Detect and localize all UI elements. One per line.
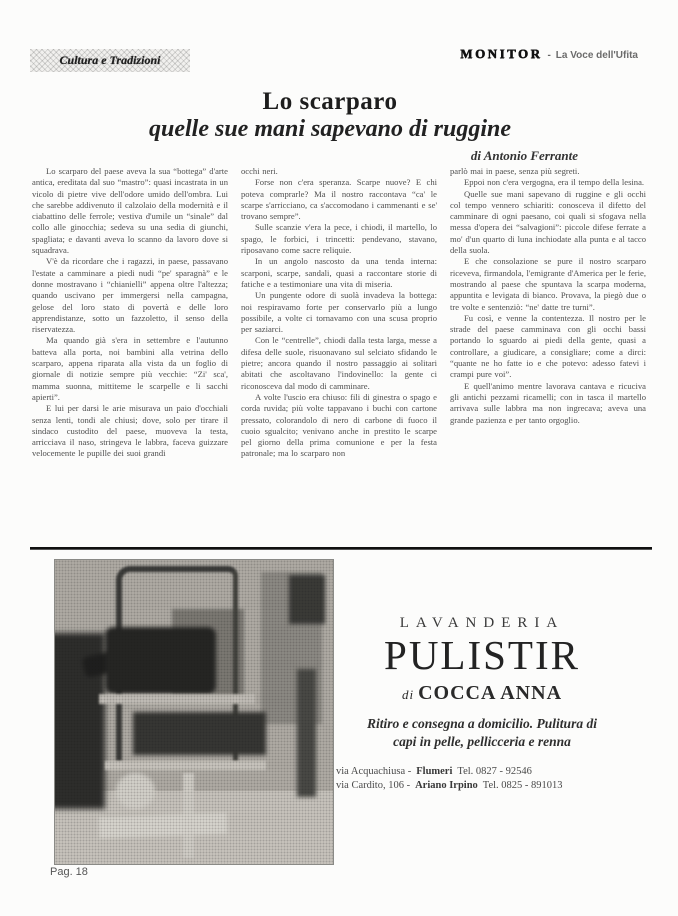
address-phone: Tel. 0827 - 92546 [457, 765, 532, 779]
article-byline: di Antonio Ferrante [471, 148, 578, 164]
advertisement: LAVANDERIA PULISTIR diCOCCA ANNA Ritiro … [332, 615, 632, 793]
paragraph: Un pungente odore di suolà invadeva la b… [241, 290, 437, 335]
ad-owner-prefix: di [402, 687, 414, 702]
article-column-3: parlò mai in paese, senza più segreti. E… [450, 166, 646, 460]
paragraph: E che consolazione se pure il nostro sca… [450, 256, 646, 312]
paragraph: In un angolo nascosto da una tenda inter… [241, 256, 437, 290]
ad-tagline-line1: Ritiro e consegna a domicilio. Pulitura … [332, 715, 632, 733]
address-phone: Tel. 0825 - 891013 [483, 779, 563, 793]
paragraph: E quell'animo mentre lavorava cantava e … [450, 381, 646, 426]
ad-category: LAVANDERIA [332, 615, 632, 632]
ad-addresses: via Acquachiusa - Flumeri Tel. 0827 - 92… [332, 765, 632, 793]
article-subtitle: quelle sue mani sapevano di ruggine [0, 116, 660, 143]
paragraph: occhi neri. [241, 166, 437, 177]
paragraph: Sulle scanzie v'era la pece, i chiodi, i… [241, 222, 437, 256]
article-column-2: occhi neri. Forse non c'era speranza. Sc… [241, 166, 437, 460]
ad-business-name: PULISTIR [332, 634, 632, 676]
photo-halftone-overlay [55, 560, 333, 864]
ad-owner: diCOCCA ANNA [332, 682, 632, 705]
address-street: via Acquachiusa - [336, 765, 411, 779]
ad-tagline-line2: capi in pelle, pellicceria e renna [332, 733, 632, 751]
scanned-newspaper-page: Cultura e Tradizioni MONITOR - La Voce d… [0, 0, 678, 916]
paragraph: Fu così, e venne la contentezza. Il nost… [450, 313, 646, 381]
paragraph: Forse non c'era speranza. Scarpe nuove? … [241, 177, 437, 222]
ad-tagline: Ritiro e consegna a domicilio. Pulitura … [332, 715, 632, 751]
paragraph: parlò mai in paese, senza più segreti. [450, 166, 646, 177]
article-column-1: Lo scarparo del paese aveva la sua “bott… [32, 166, 228, 460]
masthead-title: MONITOR [460, 46, 542, 62]
address-street: via Cardito, 106 - [336, 779, 410, 793]
paragraph: A volte l'uscio era chiuso: fili di gine… [241, 392, 437, 460]
section-label: Cultura e Tradizioni [60, 53, 161, 68]
masthead-separator: - [547, 50, 550, 61]
ad-owner-name: COCCA ANNA [418, 682, 562, 704]
paragraph: Lo scarparo del paese aveva la sua “bott… [32, 166, 228, 256]
paragraph: V'è da ricordare che i ragazzi, in paese… [32, 256, 228, 335]
ad-address-line: via Acquachiusa - Flumeri Tel. 0827 - 92… [336, 765, 632, 779]
section-divider [30, 547, 652, 550]
page-number: Pag. 18 [50, 866, 88, 878]
masthead: MONITOR - La Voce dell'Ufita [460, 46, 638, 62]
section-banner: Cultura e Tradizioni [30, 49, 190, 72]
article-body: Lo scarparo del paese aveva la sua “bott… [32, 166, 646, 460]
paragraph: E lui per darsi le arie misurava un paio… [32, 403, 228, 459]
paragraph: Con le “centrelle”, chiodi dalla testa l… [241, 335, 437, 391]
paragraph: Ma quando già s'era in settembre e l'aut… [32, 335, 228, 403]
address-town: Flumeri [416, 765, 452, 779]
address-town: Ariano Irpino [415, 779, 478, 793]
ad-address-line: via Cardito, 106 - Ariano Irpino Tel. 08… [336, 779, 632, 793]
workshop-photo [54, 559, 334, 865]
article-title: Lo scarparo [0, 88, 660, 116]
masthead-subtitle: La Voce dell'Ufita [556, 50, 638, 61]
paragraph: Quelle sue mani sapevano di ruggine e gl… [450, 189, 646, 257]
paragraph: Eppoi non c'era vergogna, era il tempo d… [450, 177, 646, 188]
